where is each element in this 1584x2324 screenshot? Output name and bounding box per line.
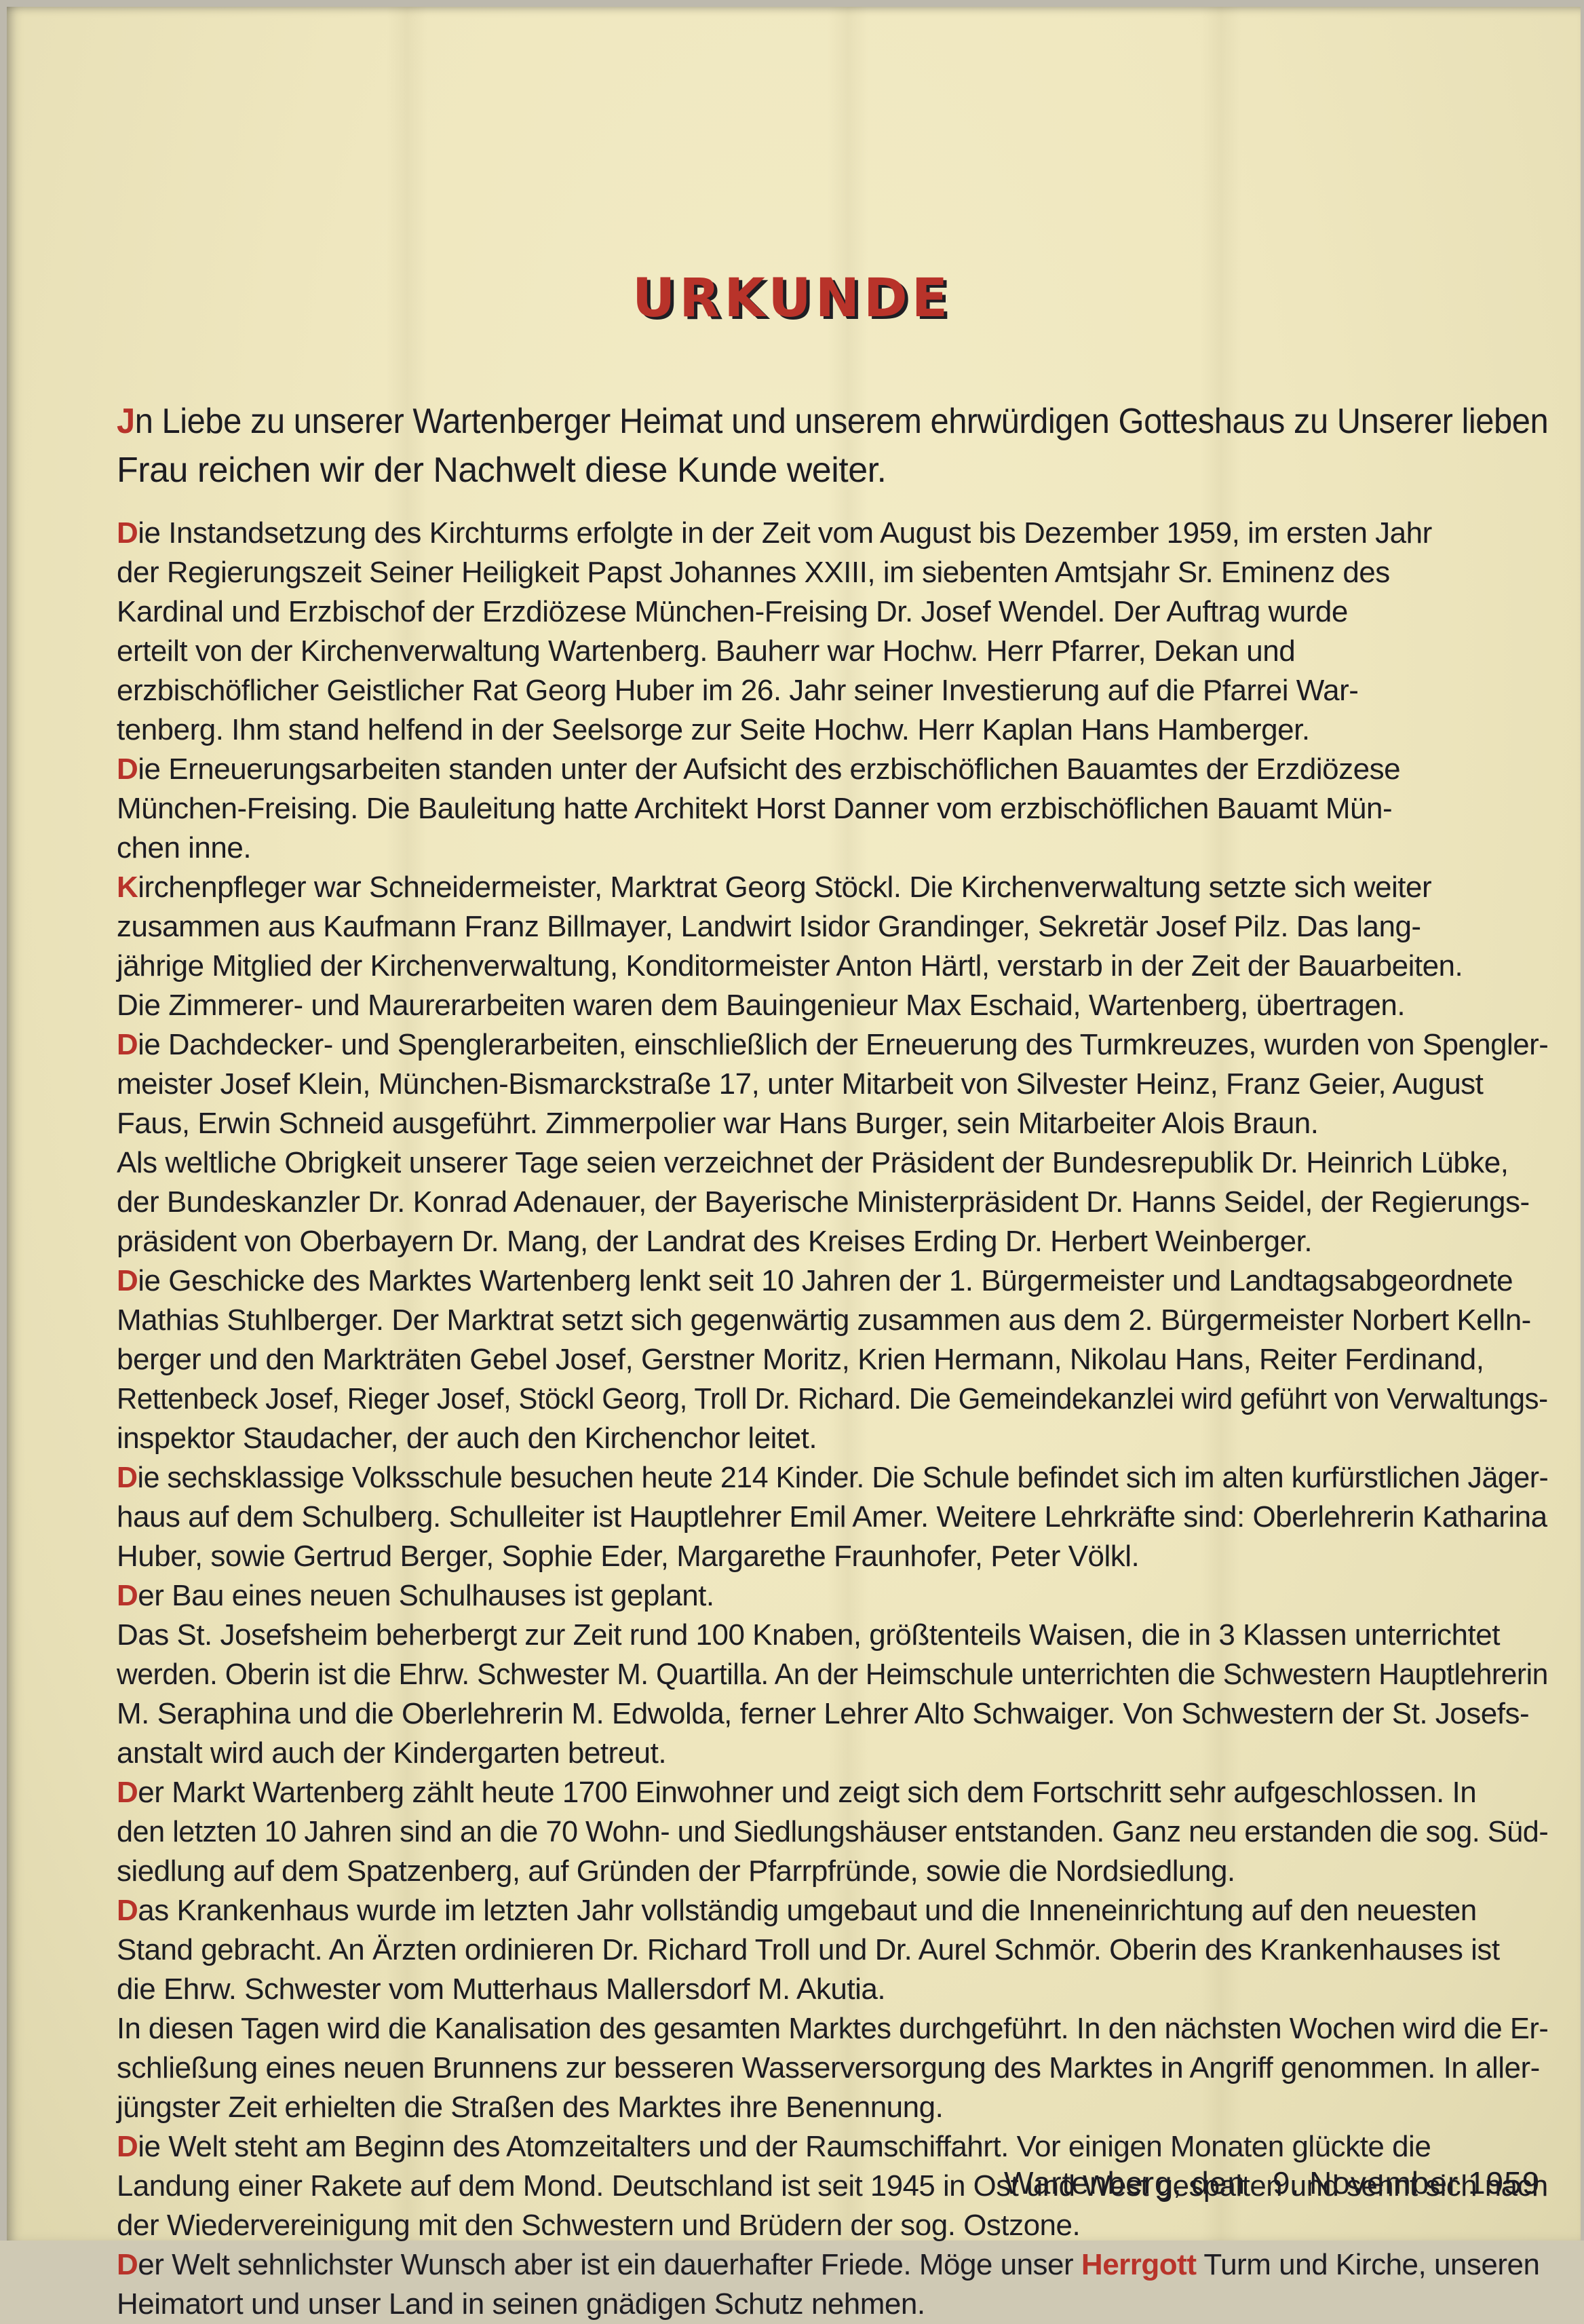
red-initial: D <box>117 1028 138 1061</box>
paragraph-new-school: Der Bau eines neuen Schulhauses ist gepl… <box>117 1576 1548 1616</box>
text-line: jüngster Zeit erhielten die Straßen des … <box>117 2088 1548 2127</box>
paragraph-authorities: Als weltliche Obrigkeit unserer Tage sei… <box>117 1143 1548 1261</box>
red-initial: J <box>117 402 135 441</box>
text-line: den letzten 10 Jahren sind an die 70 Woh… <box>117 1812 1524 1852</box>
text-line: Faus, Erwin Schneid ausgeführt. Zimmerpo… <box>117 1104 1548 1143</box>
red-initial: D <box>117 1461 138 1494</box>
text-line: Der Bau eines neuen Schulhauses ist gepl… <box>117 1576 1548 1616</box>
paragraph-population: Der Markt Wartenberg zählt heute 1700 Ei… <box>117 1773 1548 1891</box>
text-line: Rettenbeck Josef, Rieger Josef, Stöckl G… <box>117 1379 1484 1419</box>
paragraph-hospital: Das Krankenhaus wurde im letzten Jahr vo… <box>117 1891 1548 2009</box>
text-line: haus auf dem Schulberg. Schulleiter ist … <box>117 1498 1548 1537</box>
text-line: werden. Oberin ist die Ehrw. Schwester M… <box>117 1655 1504 1694</box>
text-line: der Wiedervereinigung mit den Schwestern… <box>117 2206 1548 2241</box>
text-line: Kardinal und Erzbischof der Erzdiözese M… <box>117 592 1548 632</box>
text-line: Die Erneuerungsarbeiten standen unter de… <box>117 750 1548 789</box>
text-line: der Regierungszeit Seiner Heiligkeit Pap… <box>117 553 1548 592</box>
text-line: Frau reichen wir der Nachwelt diese Kund… <box>117 446 1548 495</box>
closing-date: 9. November 1959 <box>1273 2165 1540 2201</box>
paragraph-josefsheim: Das St. Josefsheim beherbergt zur Zeit r… <box>117 1616 1548 1773</box>
text-line: Kirchenpfleger war Schneidermeister, Mar… <box>117 868 1548 907</box>
text-line: Die Geschicke des Marktes Wartenberg len… <box>117 1261 1548 1301</box>
text-line: Die Instandsetzung des Kirchturms erfolg… <box>117 514 1548 553</box>
paragraph-school: Die sechsklassige Volksschule besuchen h… <box>117 1458 1548 1576</box>
paragraph-sewerage: In diesen Tagen wird die Kanalisation de… <box>117 2009 1548 2127</box>
text-line: siedlung auf dem Spatzenberg, auf Gründe… <box>117 1852 1548 1891</box>
text-line: schließung eines neuen Brunnens zur bess… <box>117 2049 1548 2088</box>
text-line: jährige Mitglied der Kirchenverwaltung, … <box>117 947 1548 986</box>
text-line: zusammen aus Kaufmann Franz Billmayer, L… <box>117 907 1548 947</box>
text-line: tenberg. Ihm stand helfend in der Seelso… <box>117 710 1548 750</box>
text-line: anstalt wird auch der Kindergarten betre… <box>117 1734 1548 1773</box>
paragraph-carpentry: Die Zimmerer- und Maurerarbeiten waren d… <box>117 986 1548 1025</box>
text-line: präsident von Oberbayern Dr. Mang, der L… <box>117 1222 1548 1261</box>
text-line: Die sechsklassige Volksschule besuchen h… <box>117 1458 1513 1498</box>
paragraph-church-administration: Kirchenpfleger war Schneidermeister, Mar… <box>117 868 1548 986</box>
text-line: berger und den Markträten Gebel Josef, G… <box>117 1340 1548 1379</box>
red-initial: D <box>117 1579 138 1612</box>
text-line: die Ehrw. Schwester vom Mutterhaus Malle… <box>117 1970 1548 2009</box>
text-line: meister Josef Klein, München-Bismarckstr… <box>117 1065 1548 1104</box>
text-line: In diesen Tagen wird die Kanalisation de… <box>117 2009 1532 2049</box>
text-line: Mathias Stuhlberger. Der Marktrat setzt … <box>117 1301 1548 1340</box>
text-line: Jn Liebe zu unserer Wartenberger Heimat … <box>117 397 1463 446</box>
red-initial: K <box>117 871 138 904</box>
text-line: Stand gebracht. An Ärzten ordinieren Dr.… <box>117 1930 1548 1970</box>
closing-place: Wartenberg, den <box>1004 2165 1245 2201</box>
intro-paragraph: Jn Liebe zu unserer Wartenberger Heimat … <box>117 397 1548 495</box>
paragraph-market-council: Die Geschicke des Marktes Wartenberg len… <box>117 1261 1548 1458</box>
text-line: der Bundeskanzler Dr. Konrad Adenauer, d… <box>117 1183 1548 1222</box>
text-line: erzbischöflicher Geistlicher Rat Georg H… <box>117 671 1548 710</box>
text-line: inspektor Staudacher, der auch den Kirch… <box>117 1419 1548 1458</box>
paragraph-roofing: Die Dachdecker- und Spenglerarbeiten, ei… <box>117 1025 1548 1143</box>
closing-place-date: Wartenberg, den9. November 1959 <box>1004 2165 1567 2201</box>
text-line: Das St. Josefsheim beherbergt zur Zeit r… <box>117 1616 1548 1655</box>
text-line: Als weltliche Obrigkeit unserer Tage sei… <box>117 1143 1548 1183</box>
paragraph-tower-restoration: Die Instandsetzung des Kirchturms erfolg… <box>117 514 1548 750</box>
document-body: Jn Liebe zu unserer Wartenberger Heimat … <box>117 397 1548 2241</box>
red-initial: D <box>117 2130 138 2163</box>
text-line: Das Krankenhaus wurde im letzten Jahr vo… <box>117 1891 1548 1930</box>
text-line: chen inne. <box>117 828 1548 868</box>
red-initial: D <box>117 1776 138 1809</box>
text-line: erteilt von der Kirchenverwaltung Warten… <box>117 632 1548 671</box>
paragraph-supervision: Die Erneuerungsarbeiten standen unter de… <box>117 750 1548 868</box>
red-initial: D <box>117 1894 138 1927</box>
text-line: München-Freising. Die Bauleitung hatte A… <box>117 789 1548 828</box>
text-line: Die Dachdecker- und Spenglerarbeiten, ei… <box>117 1025 1542 1065</box>
text-line: Huber, sowie Gertrud Berger, Sophie Eder… <box>117 1537 1548 1576</box>
red-initial: D <box>117 1264 138 1297</box>
text-line: M. Seraphina und die Oberlehrerin M. Edw… <box>117 1694 1548 1734</box>
red-initial: D <box>117 516 138 550</box>
document-title: URKUNDE <box>0 268 1584 329</box>
text-line: Die Welt steht am Beginn des Atomzeitalt… <box>117 2127 1548 2167</box>
text-line: Die Zimmerer- und Maurerarbeiten waren d… <box>117 986 1548 1025</box>
red-initial: D <box>117 753 138 786</box>
text-line: Der Markt Wartenberg zählt heute 1700 Ei… <box>117 1773 1548 1812</box>
